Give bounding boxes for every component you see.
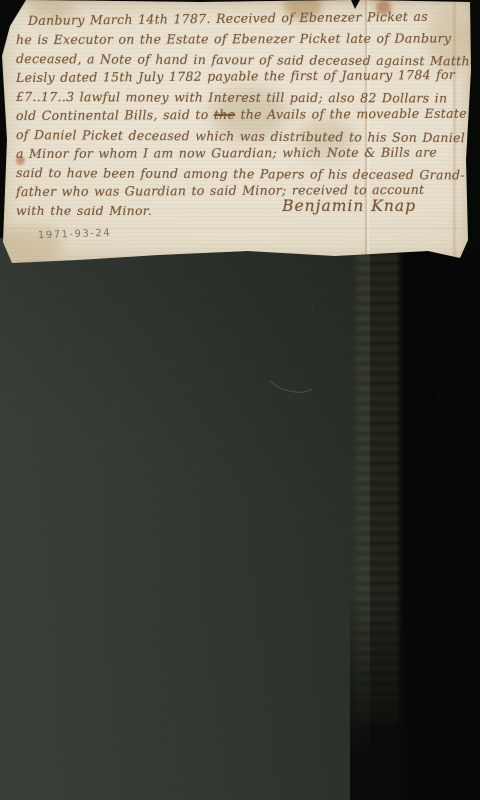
dark-backdrop-panel: [0, 238, 370, 800]
manuscript-line: he is Executor on the Estate of Ebenezer…: [16, 28, 460, 49]
manuscript-line: with the said Minor.Benjamin Knap: [16, 201, 460, 220]
photo-background: Danbury March 14th 1787. Received of Ebe…: [0, 0, 480, 800]
manuscript-line-segment: with the said Minor.: [16, 203, 152, 218]
dust-specks: [0, 0, 1, 1]
manuscript-line-segment: old Continental Bills, said to: [16, 107, 214, 123]
manuscript-paper: Danbury March 14th 1787. Received of Ebe…: [0, 0, 472, 264]
dark-backdrop-right: [398, 252, 480, 800]
manuscript-text: Danbury March 14th 1787. Received of Ebe…: [16, 11, 460, 220]
manuscript-line: a Minor for whom I am now Guardian; whic…: [16, 142, 460, 163]
manuscript-line: Danbury March 14th 1787. Received of Ebe…: [16, 6, 460, 30]
manuscript-line-segment: the Avails of the moveable Estate: [235, 106, 467, 122]
manuscript-line: Leisly dated 15th July 1782 payable the …: [16, 65, 460, 87]
struck-word: the: [214, 107, 235, 122]
manuscript-line: old Continental Bills, said to the the A…: [16, 104, 460, 125]
signature: Benjamin Knap: [282, 197, 416, 216]
